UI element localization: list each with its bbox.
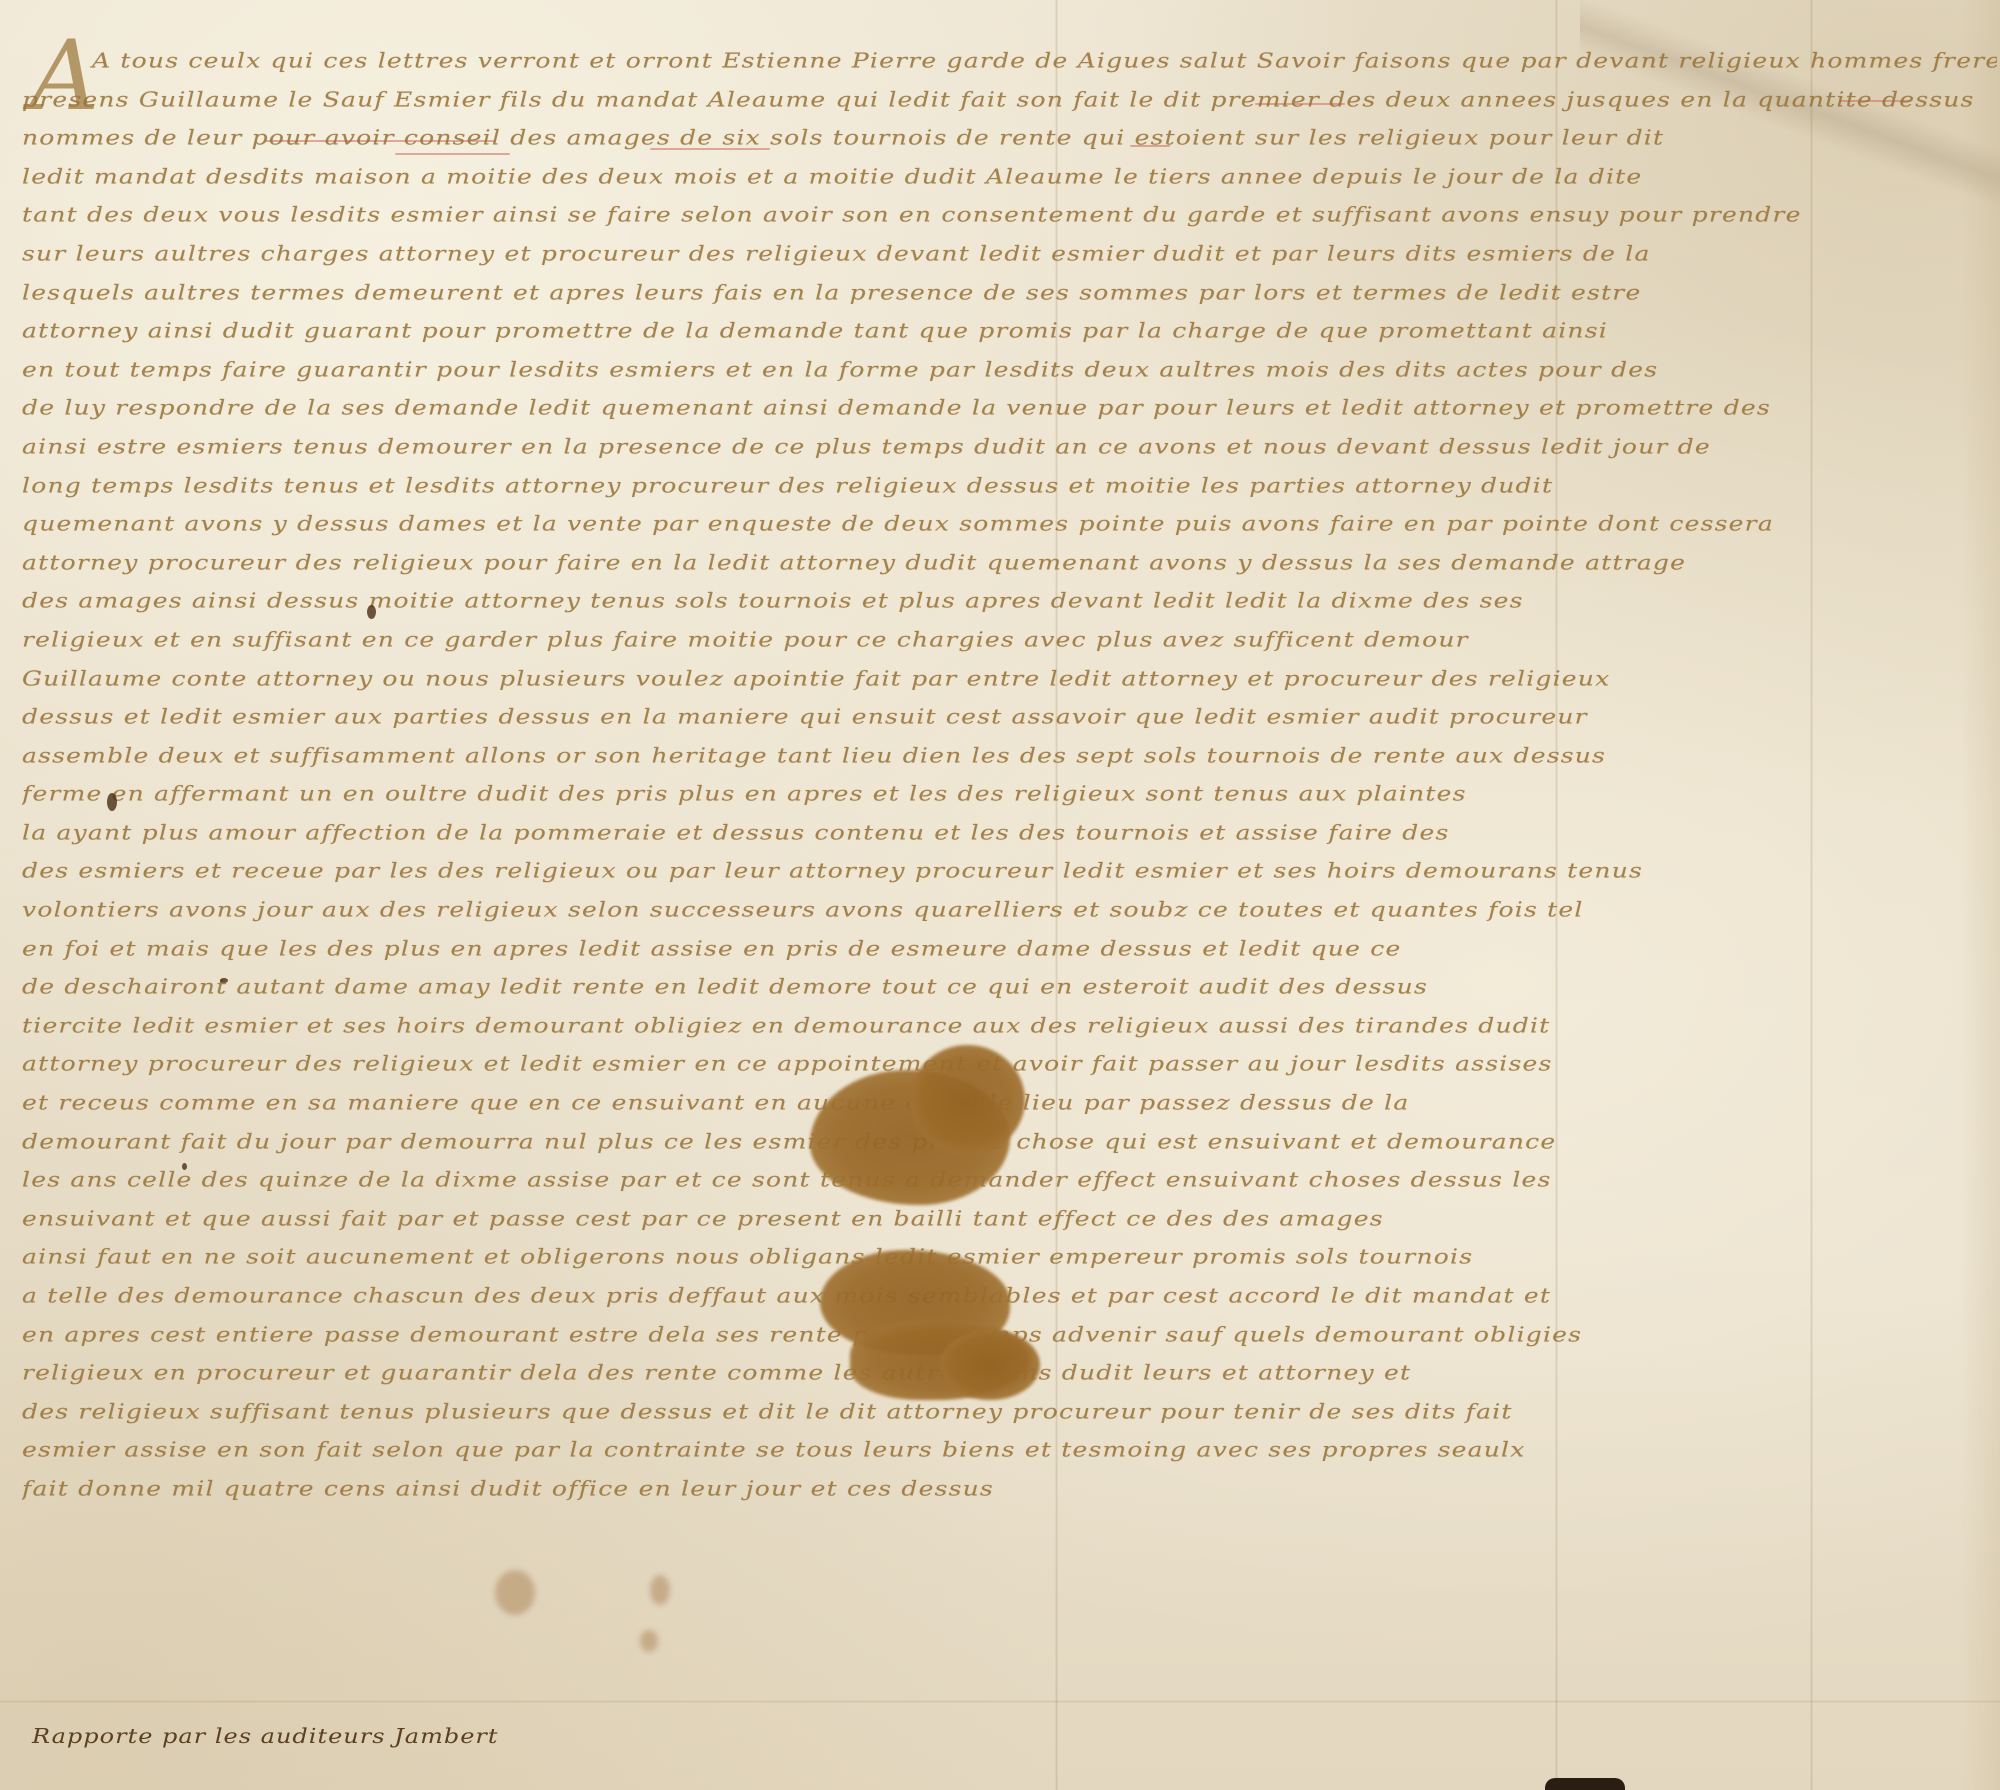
text-line: assemble deux et suffisamment allons or …: [22, 740, 1997, 772]
faint-stain: [640, 1630, 658, 1652]
ink-spot: [182, 1163, 187, 1170]
text-line: attorney ainsi dudit guarant pour promet…: [22, 316, 1997, 348]
seal-tag: [1545, 1778, 1625, 1790]
text-line: des religieux suffisant tenus plusieurs …: [22, 1396, 1997, 1428]
text-line: A tous ceulx qui ces lettres verront et …: [22, 45, 1997, 77]
text-line: tiercite ledit esmier et ses hoirs demou…: [22, 1010, 1997, 1042]
text-line: lesquels aultres termes demeurent et apr…: [22, 277, 1997, 309]
parchment-document: A A tous ceulx qui ces lettres verront e…: [0, 0, 2000, 1790]
text-line: tant des deux vous lesdits esmier ainsi …: [22, 200, 1997, 232]
text-line: nommes de leur pour avoir conseil des am…: [22, 123, 1997, 155]
ink-spot: [220, 978, 228, 983]
fold-line-horizontal: [0, 1700, 2000, 1703]
text-line: religieux et en suffisant en ce garder p…: [22, 624, 1997, 656]
text-line: ainsi estre esmiers tenus demourer en la…: [22, 431, 1997, 463]
text-line: long temps lesdits tenus et lesdits atto…: [22, 470, 1997, 502]
text-line: des esmiers et receue par les des religi…: [22, 856, 1997, 888]
text-line: ledit mandat desdits maison a moitie des…: [22, 161, 1997, 193]
text-line: sur leurs aultres charges attorney et pr…: [22, 238, 1997, 270]
subscription-signature: Rapporte par les auditeurs Jambert: [32, 1724, 499, 1748]
faint-stain: [650, 1575, 670, 1605]
text-line: fait donne mil quatre cens ainsi dudit o…: [22, 1473, 1322, 1505]
text-line: en tout temps faire guarantir pour lesdi…: [22, 354, 1997, 386]
text-line: en foi et mais que les des plus en apres…: [22, 933, 1997, 965]
text-line: attorney procureur des religieux pour fa…: [22, 547, 1997, 579]
text-line: esmier assise en son fait selon que par …: [22, 1435, 1997, 1467]
text-line: dessus et ledit esmier aux parties dessu…: [22, 702, 1997, 734]
text-line: Guillaume conte attorney ou nous plusieu…: [22, 663, 1997, 695]
text-line: presens Guillaume le Sauf Esmier fils du…: [22, 84, 1997, 116]
charter-text: A tous ceulx qui ces lettres verront et …: [22, 42, 1997, 1509]
text-line: ainsi faut en ne soit aucunement et obli…: [22, 1242, 1997, 1274]
text-line: les ans celle des quinze de la dixme ass…: [22, 1165, 1997, 1197]
text-line: volontiers avons jour aux des religieux …: [22, 895, 1997, 927]
text-line: de deschairont autant dame amay ledit re…: [22, 972, 1997, 1004]
ink-spot: [107, 793, 117, 811]
text-line: de luy respondre de la ses demande ledit…: [22, 393, 1997, 425]
faint-stain: [495, 1570, 535, 1615]
text-line: quemenant avons y dessus dames et la ven…: [22, 509, 1997, 541]
brown-stain-upper: [910, 1045, 1025, 1155]
text-line: des amages ainsi dessus moitie attorney …: [22, 586, 1997, 618]
text-line: ensuivant et que aussi fait par et passe…: [22, 1203, 1997, 1235]
brown-stain-lower: [940, 1330, 1040, 1400]
ink-spot: [367, 605, 376, 619]
text-line: ferme en affermant un en oultre dudit de…: [22, 779, 1997, 811]
text-line: la ayant plus amour affection de la pomm…: [22, 817, 1997, 849]
